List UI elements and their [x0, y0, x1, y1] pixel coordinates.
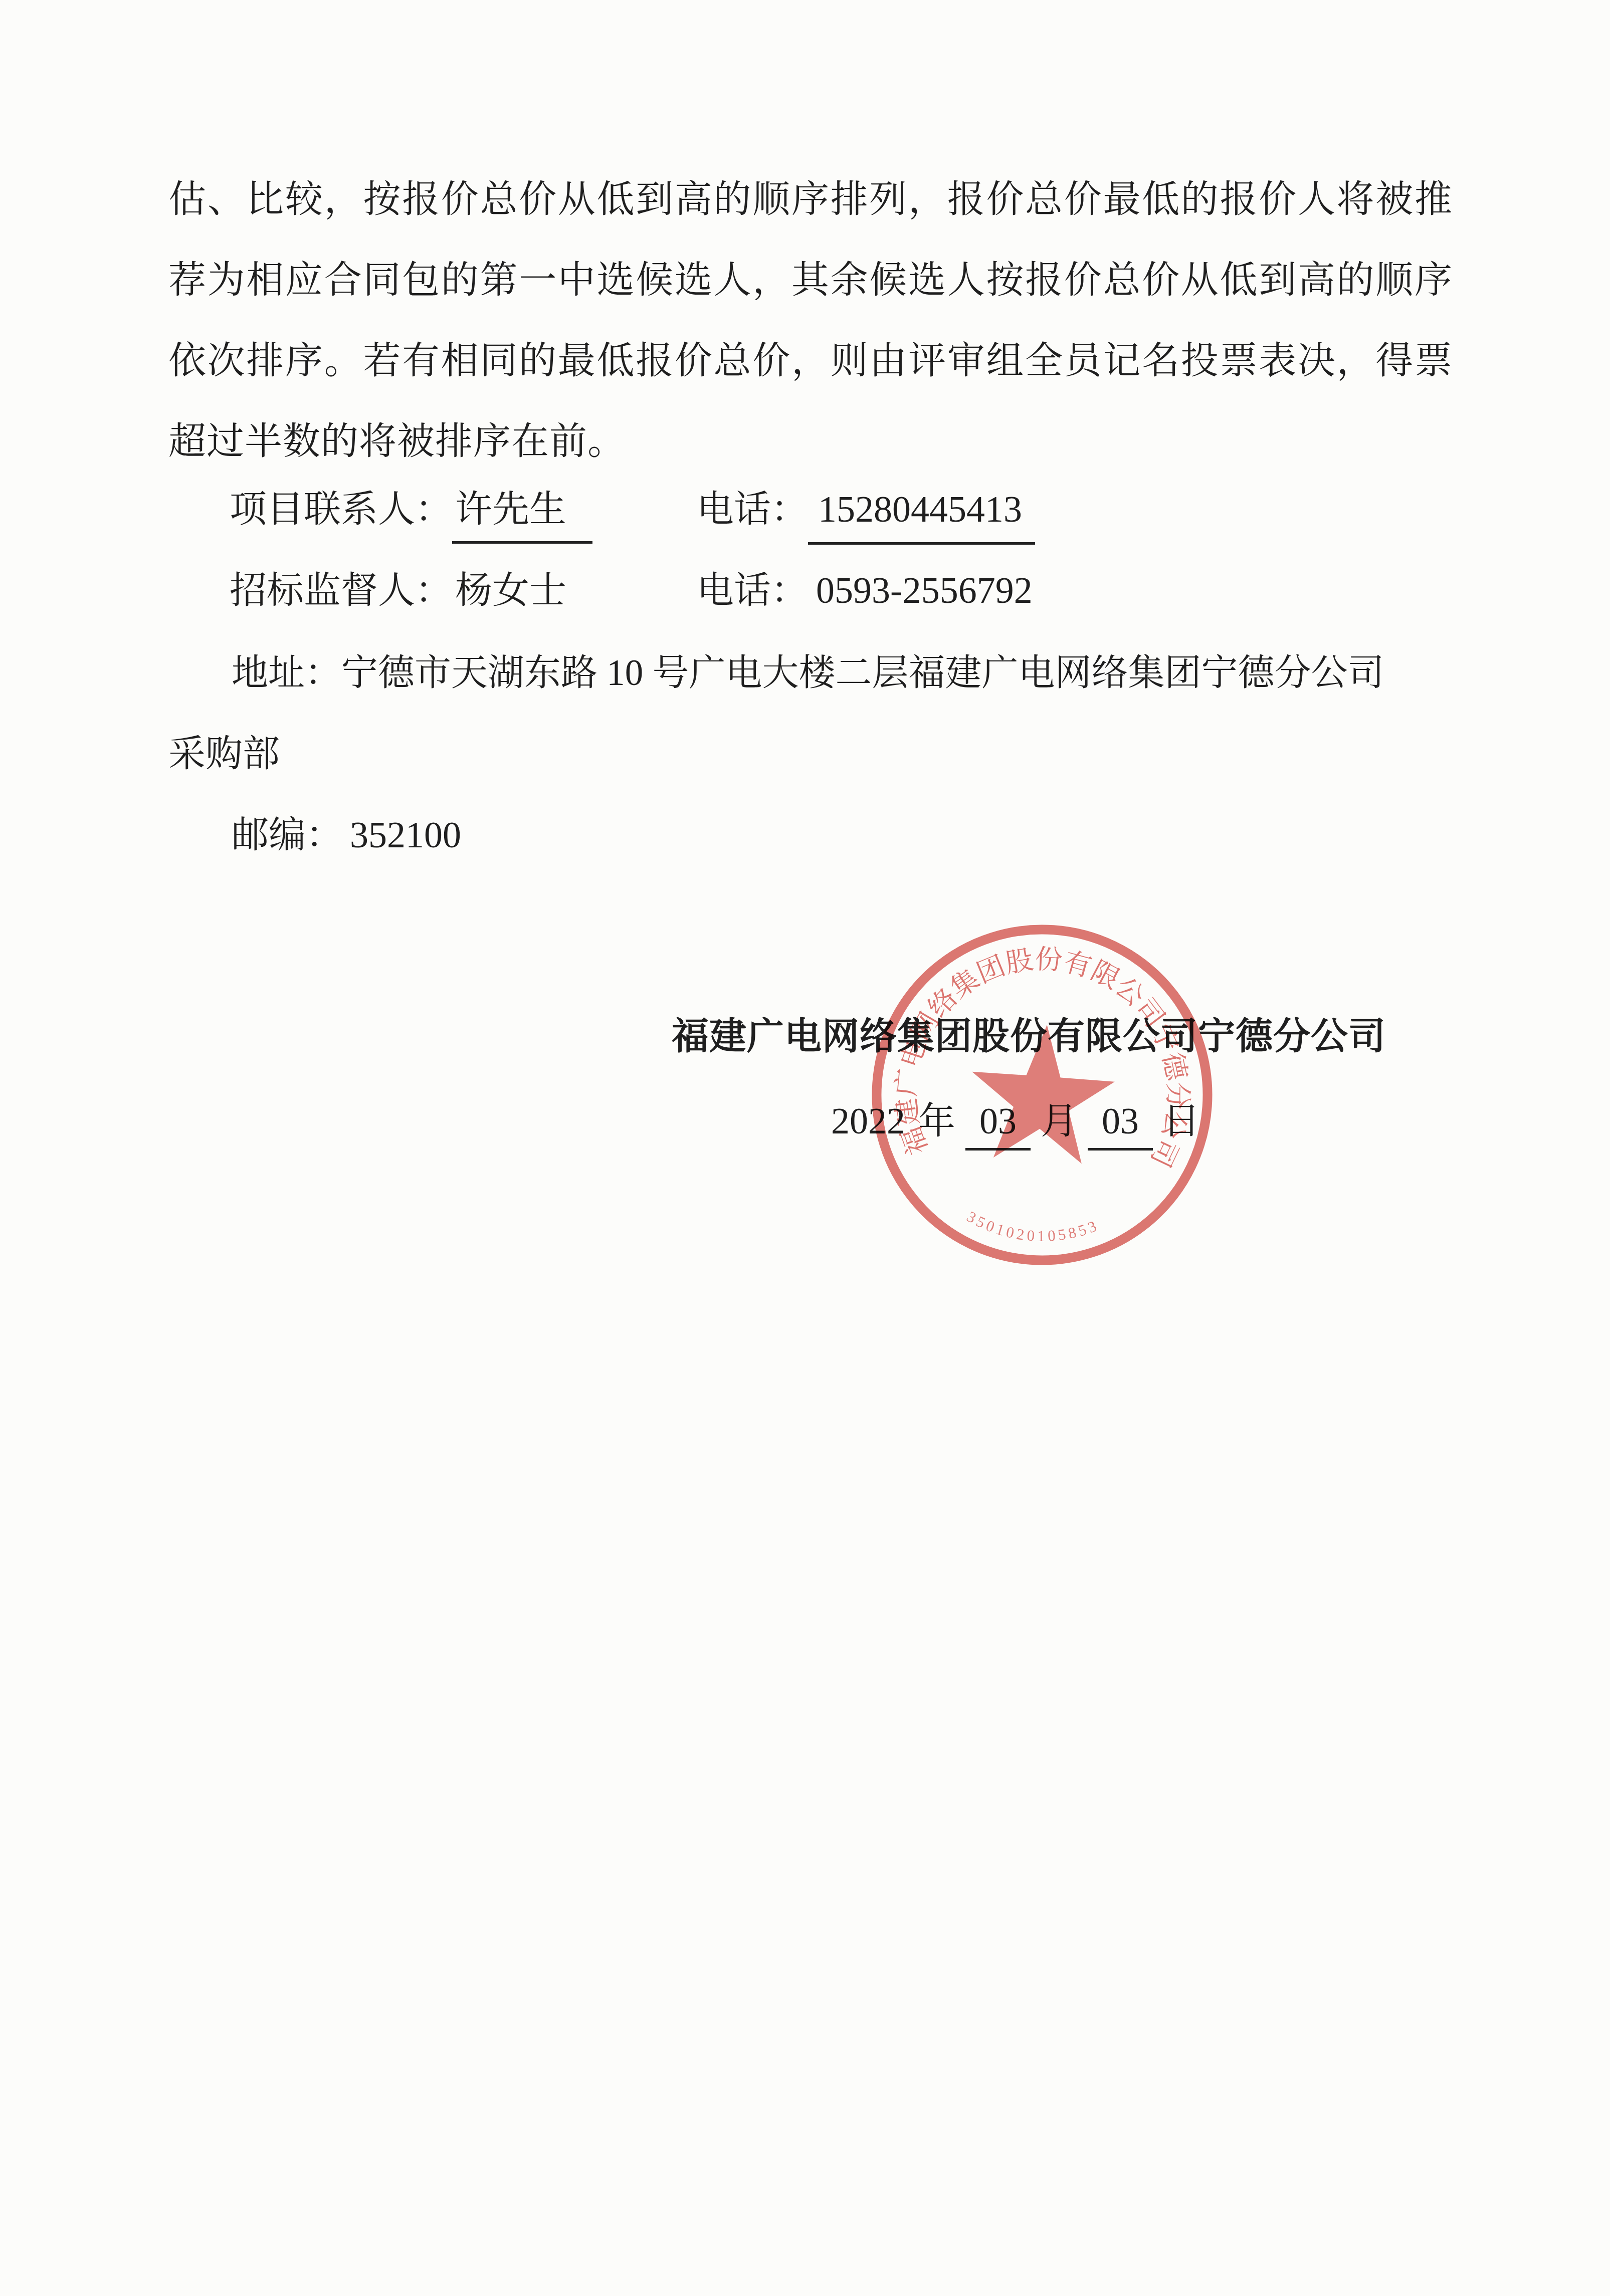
supervisor-row: 招标监督人：杨女士	[230, 563, 566, 618]
seal-serial-wrap: 3501020105853	[963, 1207, 1103, 1249]
supervisor-phone: 电话：0593-2556792	[697, 563, 1033, 618]
postcode-row: 邮编：352100	[232, 808, 461, 863]
project-contact-phone: 电话：15280445413	[697, 482, 1035, 545]
paragraph-line: 荐为相应合同包的第一中选候选人，其余候选人按报价总价从低到高的顺序	[168, 240, 1453, 321]
seal-star-icon	[966, 1020, 1118, 1166]
phone-number: 15280445413	[808, 482, 1035, 545]
paragraph-line: 依次排序。若有相同的最低报价总价，则由评审组全员记名投票表决，得票	[168, 321, 1453, 401]
address-text: 宁德市天湖东路 10 号广电大楼二层福建广电网络集团宁德分公司	[341, 652, 1384, 693]
project-contact-name: 许先生	[452, 482, 592, 544]
body-paragraph: 估、比较，按报价总价从低到高的顺序排列，报价总价最低的报价人将被推 荐为相应合同…	[168, 159, 1453, 482]
address-row-continued: 采购部	[168, 727, 280, 782]
project-contact-row: 项目联系人：许先生	[230, 482, 592, 544]
supervisor-name: 杨女士	[452, 563, 566, 618]
address-row: 地址：宁德市天湖东路 10 号广电大楼二层福建广电网络集团宁德分公司	[232, 645, 1384, 701]
project-contact-label: 项目联系人：	[230, 489, 452, 530]
paragraph-line: 估、比较，按报价总价从低到高的顺序排列，报价总价最低的报价人将被推	[168, 159, 1453, 240]
supervisor-label: 招标监督人：	[230, 570, 452, 611]
phone-label: 电话：	[697, 570, 808, 611]
paragraph-line: 超过半数的将被排序在前。	[168, 401, 1453, 482]
address-label: 地址：	[232, 652, 341, 693]
seal-serial-number: 3501020105853	[963, 1207, 1103, 1249]
phone-number: 0593-2556792	[808, 563, 1033, 618]
company-seal-stamp: 福建广电网络集团股份有限公司宁德分公司 3501020105853	[853, 906, 1231, 1284]
address-text-continued: 采购部	[168, 734, 280, 775]
document-page: 估、比较，按报价总价从低到高的顺序排列，报价总价最低的报价人将被推 荐为相应合同…	[0, 0, 1610, 2296]
phone-label: 电话：	[697, 489, 808, 530]
postcode-value: 352100	[343, 808, 461, 863]
postcode-label: 邮编：	[232, 815, 343, 856]
